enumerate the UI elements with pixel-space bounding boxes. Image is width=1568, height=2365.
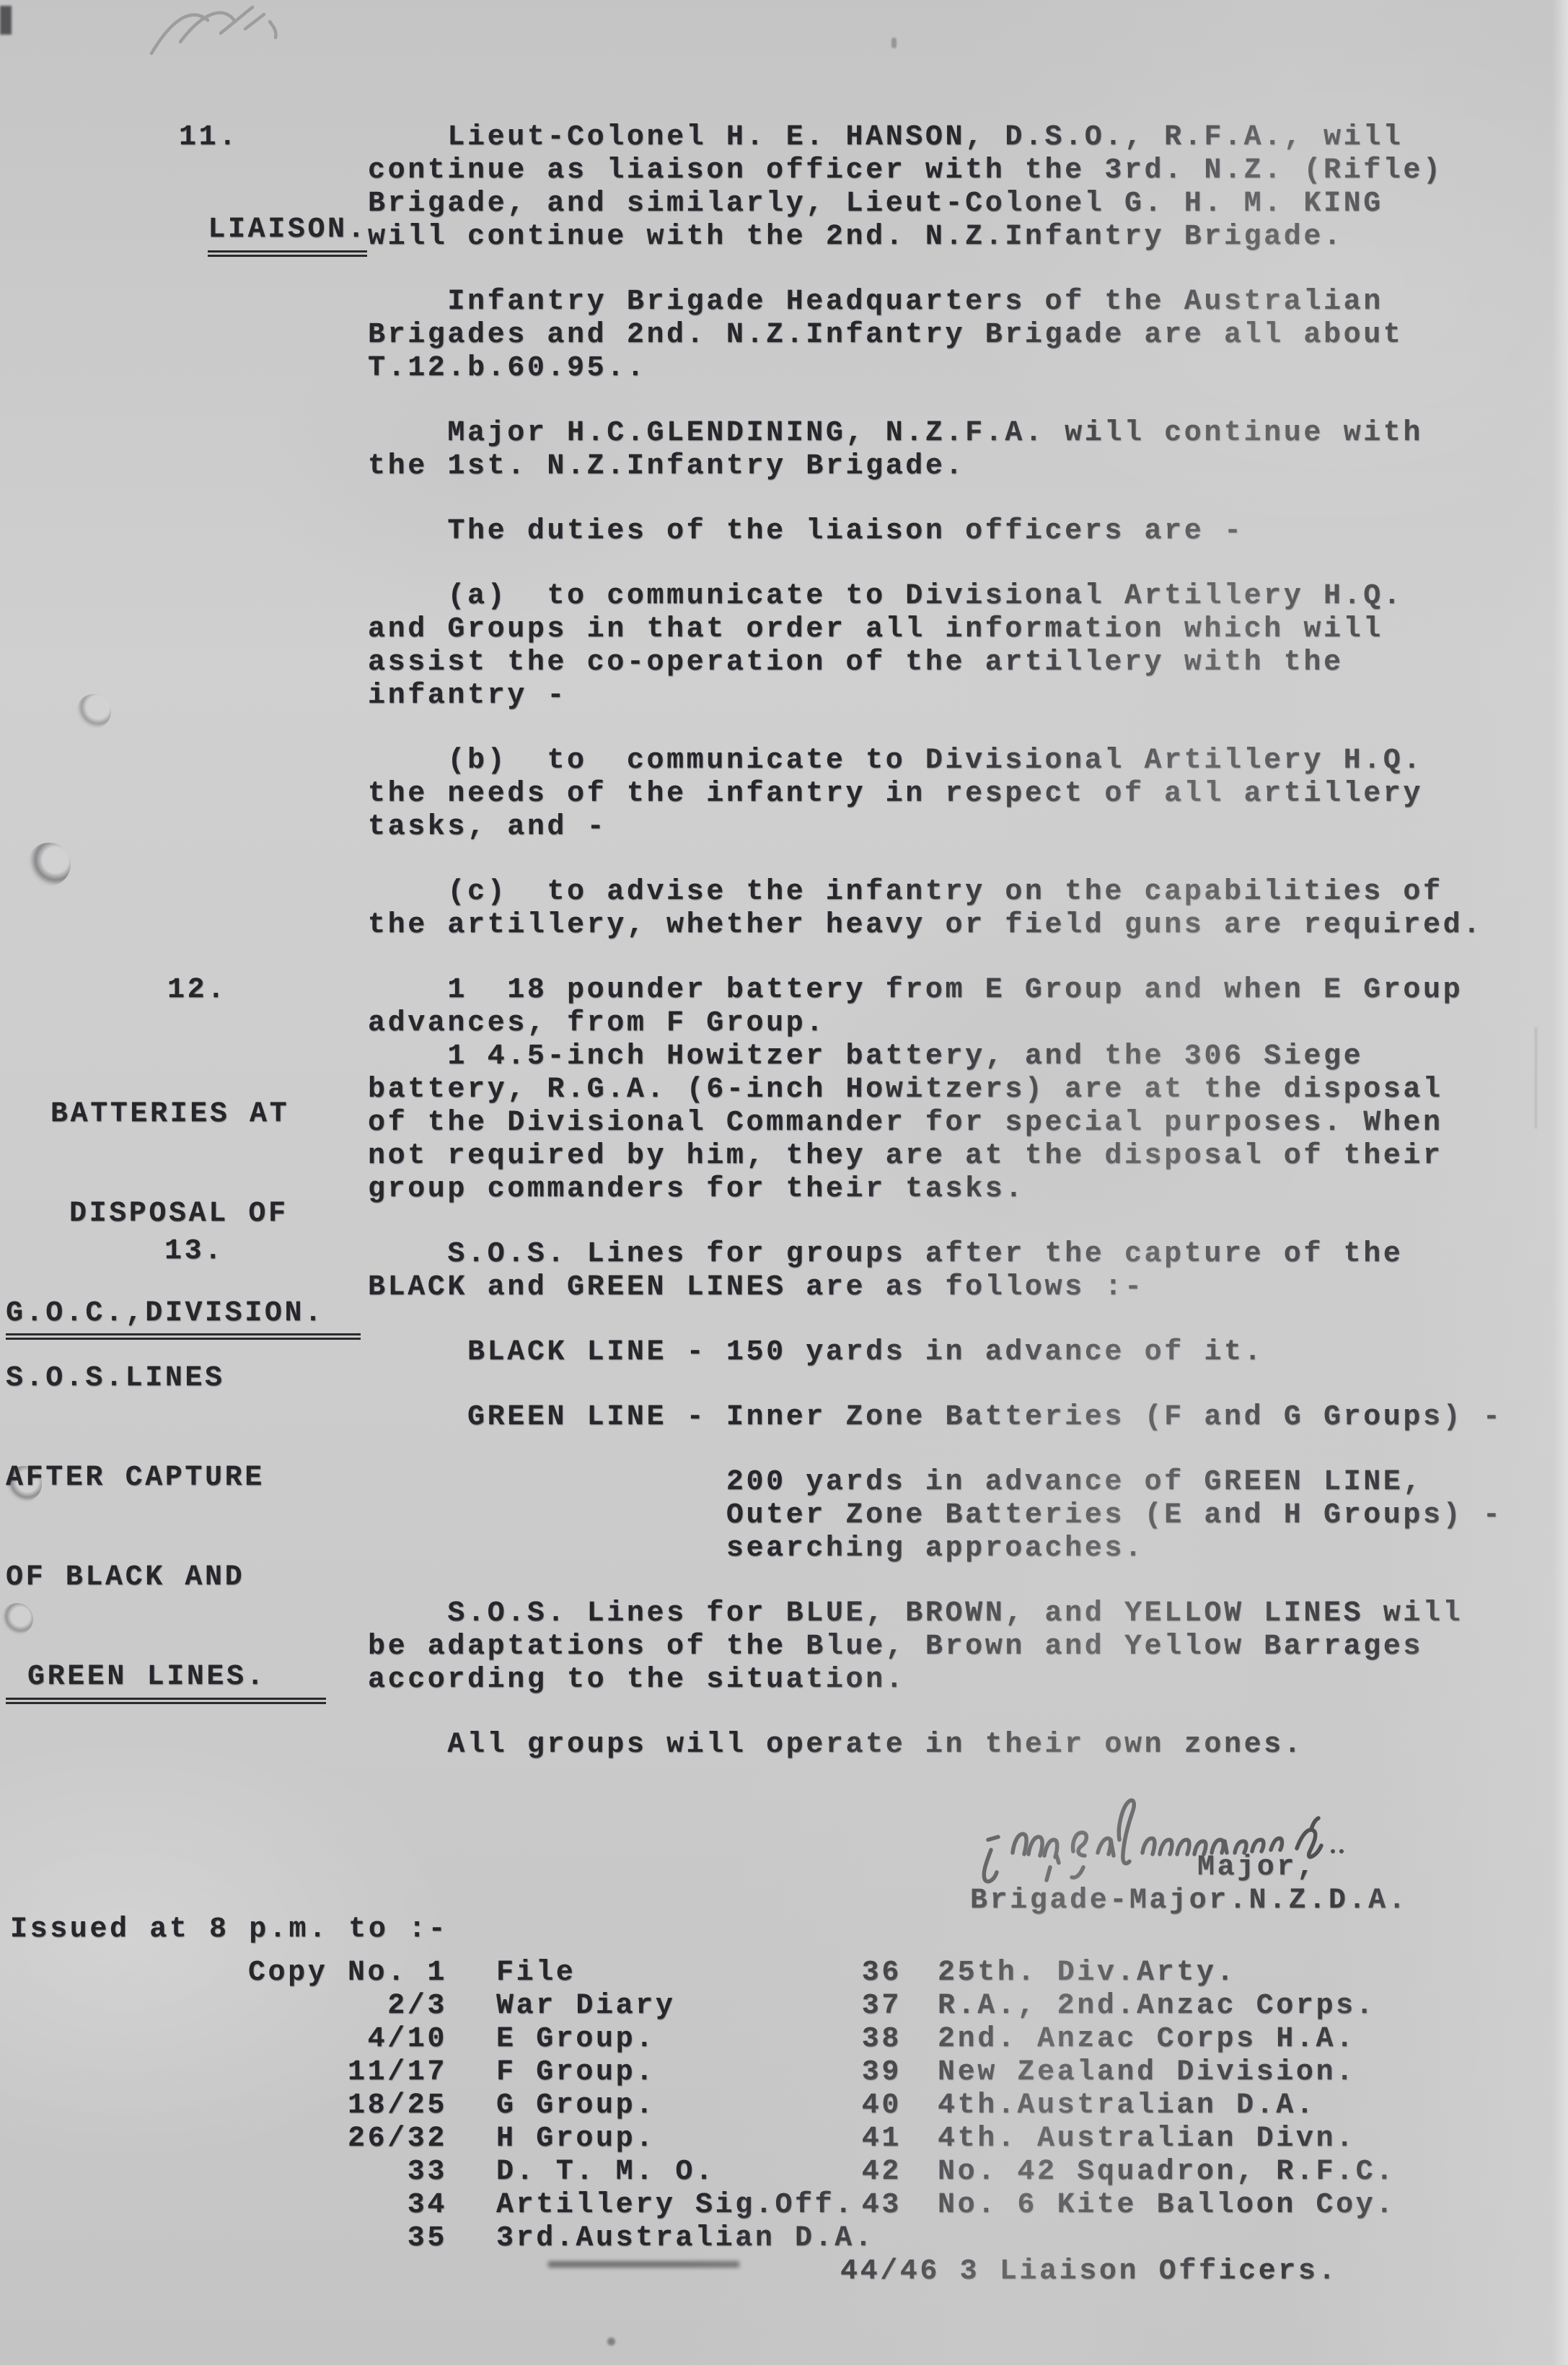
distribution-row: 34 Artillery Sig.Off. 43 No. 6 Kite Ball…	[0, 2189, 1568, 2222]
distribution-row: 2/3 War Diary 37 R.A., 2nd.Anzac Corps.	[0, 1990, 1568, 2023]
issued-line: Issued at 8 p.m. to :-	[10, 1913, 448, 1947]
paragraph: Major H.C.GLENDINING, N.Z.F.A. will cont…	[368, 417, 1536, 483]
recipient: G Group.	[496, 2089, 656, 2123]
paragraph: S.O.S. Lines for BLUE, BROWN, and YELLOW…	[368, 1597, 1536, 1697]
recipient: E Group.	[496, 2023, 656, 2056]
copy-number: 33	[0, 2156, 447, 2189]
copy-number: 36	[772, 1957, 902, 1990]
recipient: War Diary	[496, 1990, 675, 2023]
recipient: 2nd. Anzac Corps H.A.	[938, 2023, 1356, 2056]
side-label-line: LIAISON.	[208, 214, 367, 257]
recipient: 3rd.Australian D.A.	[496, 2222, 874, 2255]
ink-speck	[891, 38, 897, 48]
distribution-row: 11/17 F Group. 39 New Zealand Division.	[0, 2056, 1568, 2089]
punch-hole	[27, 843, 71, 886]
copy-number: 37	[772, 1990, 902, 2023]
punch-hole	[76, 694, 111, 729]
copy-number: 41	[772, 2123, 902, 2156]
recipient: D. T. M. O.	[496, 2156, 715, 2189]
paragraph: 1 4.5-inch Howitzer battery, and the 306…	[368, 1040, 1536, 1206]
side-label-sos-lines: S.O.S.LINES AFTER CAPTURE OF BLACK AND G…	[6, 1296, 326, 1771]
recipient: File	[496, 1957, 576, 1990]
recipient: New Zealand Division.	[938, 2056, 1356, 2089]
distribution-row: 33 D. T. M. O. 42 No. 42 Squadron, R.F.C…	[0, 2156, 1568, 2189]
copy-number: 11/17	[0, 2056, 447, 2089]
paragraph: (c) to advise the infantry on the capabi…	[368, 876, 1536, 942]
recipient: No. 42 Squadron, R.F.C.	[938, 2156, 1396, 2189]
paragraph: All groups will operate in their own zon…	[368, 1729, 1536, 1762]
copy-no-value: 1	[427, 1957, 447, 1989]
paragraph: 1 18 pounder battery from E Group and wh…	[368, 974, 1536, 1040]
copy-number: 34	[0, 2189, 447, 2222]
copy-no-prefix: Copy No.	[248, 1957, 408, 1989]
distribution-row: 26/32 H Group. 41 4th. Australian Divn.	[0, 2123, 1568, 2156]
side-label-line: DISPOSAL OF	[6, 1198, 361, 1231]
distribution-list: Copy No. 1 File 36 25th. Div.Arty. 2/3 W…	[0, 1957, 1568, 2255]
copy-number: 2/3	[0, 1990, 447, 2023]
paragraph: BLACK LINE - 150 yards in advance of it.	[368, 1336, 1536, 1369]
paragraph: (b) to communicate to Divisional Artille…	[368, 745, 1536, 844]
signature-title: Brigade-Major.N.Z.D.A.	[970, 1884, 1408, 1918]
paragraph: S.O.S. Lines for groups after the captur…	[368, 1238, 1536, 1304]
copy-number: 18/25	[0, 2089, 447, 2123]
distribution-row: 18/25 G Group. 40 4th.Australian D.A.	[0, 2089, 1568, 2123]
paragraph: 200 yards in advance of GREEN LINE, Oute…	[368, 1466, 1536, 1566]
side-label-line: OF BLACK AND	[6, 1561, 326, 1594]
paragraph: The duties of the liaison officers are -	[368, 515, 1536, 548]
liaison-officers-line: 44/46 3 Liaison Officers.	[840, 2255, 1338, 2289]
distribution-row: 35 3rd.Australian D.A.	[0, 2222, 1568, 2255]
paragraph: Lieut-Colonel H. E. HANSON, D.S.O., R.F.…	[368, 121, 1536, 254]
recipient: 25th. Div.Arty.	[938, 1957, 1236, 1990]
copy-number: 38	[772, 2023, 902, 2056]
side-label-line: GREEN LINES.	[6, 1661, 326, 1704]
paragraph: GREEN LINE - Inner Zone Batteries (F and…	[368, 1401, 1536, 1434]
copy-number: 4/10	[0, 2023, 447, 2056]
paragraph: Infantry Brigade Headquarters of the Aus…	[368, 286, 1536, 385]
scanned-document-page: 11. 12. 13. LIAISON. BATTERIES AT DISPOS…	[0, 0, 1568, 2365]
paragraph: (a) to communicate to Divisional Artille…	[368, 580, 1536, 713]
recipient: F Group.	[496, 2056, 656, 2089]
signature-rank: Major,	[1197, 1851, 1317, 1884]
section-number-12: 12.	[167, 974, 227, 1007]
recipient: R.A., 2nd.Anzac Corps.	[938, 1990, 1375, 2023]
recipient: 4th.Australian D.A.	[938, 2089, 1316, 2123]
recipient: No. 6 Kite Balloon Coy.	[938, 2189, 1396, 2222]
copy-number: 39	[772, 2056, 902, 2089]
ink-smudge	[548, 2261, 739, 2268]
recipient: H Group.	[496, 2123, 656, 2156]
corner-scan-mark	[0, 6, 12, 35]
copy-number: 40	[772, 2089, 902, 2123]
copy-number: Copy No. 1	[0, 1957, 447, 1990]
ink-speck	[607, 2338, 615, 2346]
distribution-row: Copy No. 1 File 36 25th. Div.Arty.	[0, 1957, 1568, 1990]
document-body: Lieut-Colonel H. E. HANSON, D.S.O., R.F.…	[368, 121, 1536, 1794]
pencil-scribble-mark	[136, 0, 301, 61]
copy-number: 26/32	[0, 2123, 447, 2156]
copy-number: 35	[0, 2222, 447, 2255]
distribution-row: 4/10 E Group. 38 2nd. Anzac Corps H.A.	[0, 2023, 1568, 2056]
side-label-line: AFTER CAPTURE	[6, 1462, 326, 1495]
side-label-line: BATTERIES AT	[6, 1098, 361, 1131]
section-number-11: 11.	[179, 121, 239, 154]
side-label-liaison: LIAISON.	[128, 180, 367, 290]
copy-number: 42	[772, 2156, 902, 2189]
side-label-line: S.O.S.LINES	[6, 1362, 326, 1395]
copy-number: 43	[772, 2189, 902, 2222]
recipient: 4th. Australian Divn.	[938, 2123, 1356, 2156]
